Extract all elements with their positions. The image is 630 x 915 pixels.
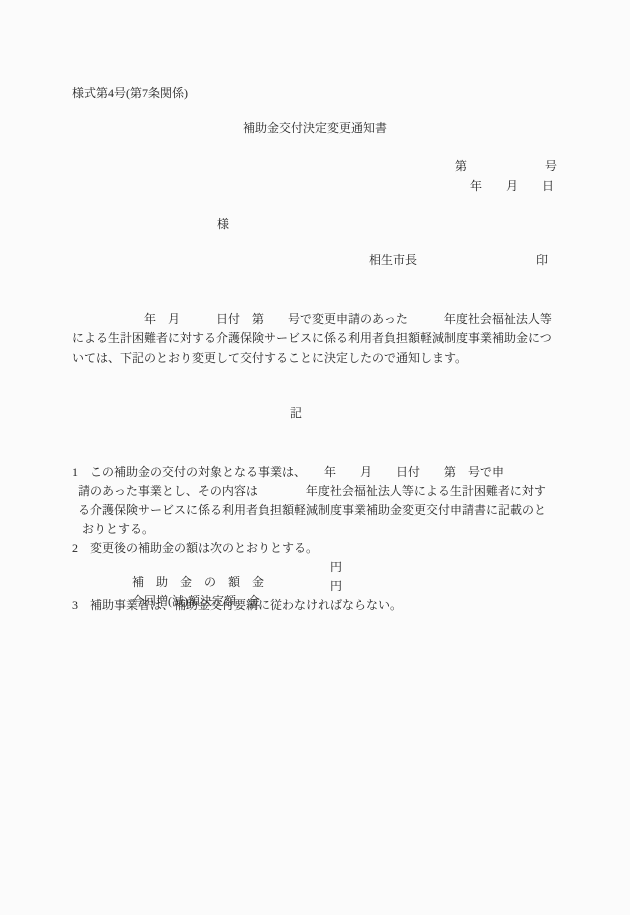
date-line: 年 月 日 [470,179,554,194]
intro-line: による生計困難者に対する介護保険サービスに係る利用者負担額軽減制度事業補助金につ [72,331,552,346]
amount-unit: 円 [330,579,342,594]
list-item-1-line: る介護保険サービスに係る利用者負担額軽減制度事業補助金変更交付申請書に記載のと [78,503,546,518]
seal-mark: 印 [536,253,548,268]
document-number-suffix: 号 [545,159,557,174]
list-item-1-line: 請のあった事業とし、その内容は 年度社会福祉法人等による生計困難者に対す [78,484,546,499]
document-number-prefix: 第 [455,159,467,174]
sender-name: 相生市長 [369,253,417,268]
document-title: 補助金交付決定変更通知書 [0,121,630,136]
document-number-line: 第 号 [455,159,557,174]
intro-line: 年 月 日付 第 号で変更申請のあった 年度社会福祉法人等 [72,312,552,327]
intro-line: いては、下記のとおり変更して交付することに決定したので通知します。 [72,351,467,366]
amount-unit: 円 [330,560,342,575]
list-item-1-line: おりとする。 [82,522,154,537]
sender-line: 相生市長 印 [369,253,548,268]
list-item-3-line: 3 補助事業者は、補助金交付要綱に従わなければならない。 [72,598,402,613]
document-page: 様式第4号(第7条関係) 補助金交付決定変更通知書 第 号 年 月 日 様 相生… [0,0,630,915]
form-number: 様式第4号(第7条関係) [72,86,188,101]
list-item-2-line: 2 変更後の補助金の額は次のとおりとする。 [72,541,318,556]
record-marker: 記 [290,406,302,421]
addressee-honorific: 様 [217,217,229,232]
list-item-1-line: 1 この補助金の交付の対象となる事業は、 年 月 日付 第 号で申 [72,465,504,480]
